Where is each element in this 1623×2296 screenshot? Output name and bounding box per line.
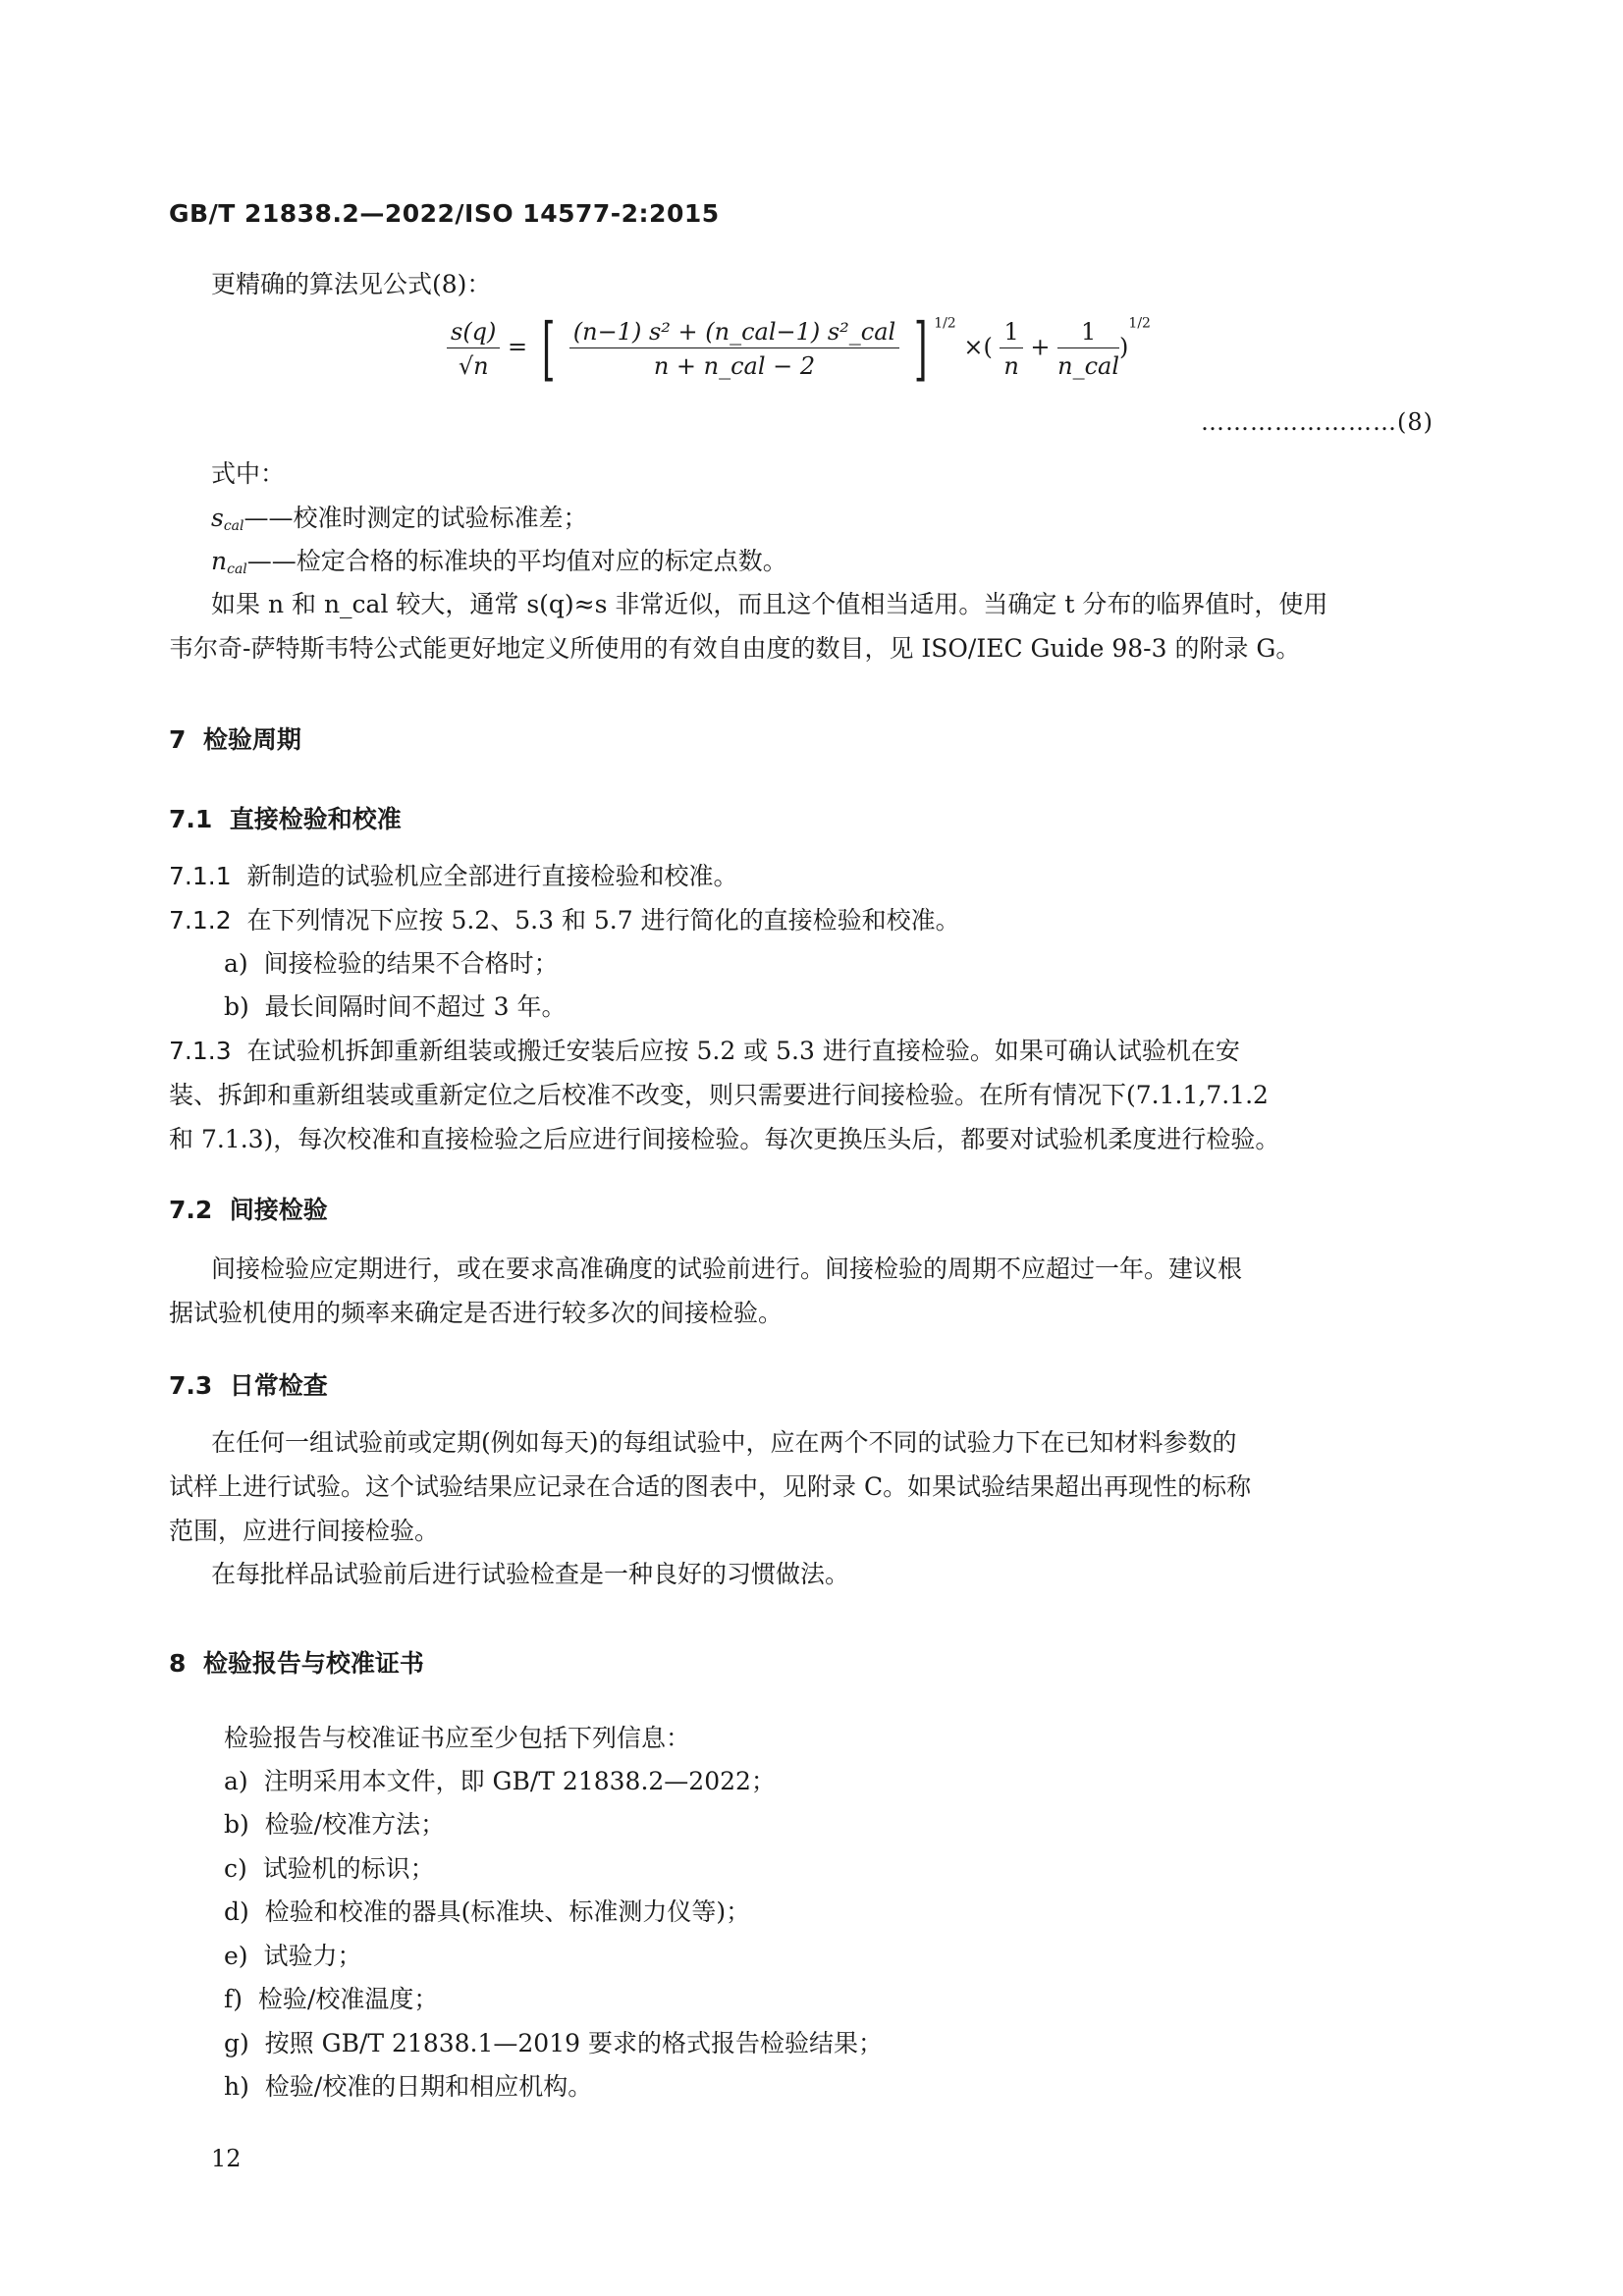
section-8-item-c: c) 试验机的标识； — [224, 1856, 435, 1881]
clause-7-1-1: 7.1.1 新制造的试验机应全部进行直接检验和校准。 — [169, 864, 738, 888]
section-8-heading: 8 检验报告与校准证书 — [169, 1644, 424, 1680]
frac-1-over-ncal: 1 n_cal — [1057, 318, 1119, 380]
section-7-2-line-1: 间接检验应定期进行，或在要求高准确度的试验前进行。间接检验的周期不应超过一年。建… — [211, 1256, 1242, 1281]
right-bracket: ] — [914, 314, 928, 383]
section-7-3-line-1: 在任何一组试验前或定期(例如每天)的每组试验中，应在两个不同的试验力下在已知材料… — [211, 1430, 1237, 1455]
section-8-item-b: b) 检验/校准方法； — [224, 1812, 445, 1837]
clause-7-1-3-line-1: 7.1.3 在试验机拆卸重新组装或搬迁安装后应按 5.2 或 5.3 进行直接检… — [169, 1039, 1240, 1063]
clause-7-1-3-line-3: 和 7.1.3)，每次校准和直接检验之后应进行间接检验。每次更换压头后，都要对试… — [169, 1127, 1279, 1151]
note-line-1: 如果 n 和 n_cal 较大，通常 s(q)≈s 非常近似，而且这个值相当适用… — [211, 592, 1327, 616]
clause-7-1-2: 7.1.2 在下列情况下应按 5.2、5.3 和 5.7 进行简化的直接检验和校… — [169, 908, 960, 933]
section-8-item-g: g) 按照 GB/T 21838.1—2019 要求的格式报告检验结果； — [224, 2031, 883, 2056]
page-number: 12 — [211, 2145, 242, 2172]
section-8-item-f: f) 检验/校准温度； — [224, 1987, 438, 2011]
where-label: 式中： — [211, 461, 285, 486]
section-7-2-heading: 7.2 间接检验 — [169, 1191, 328, 1226]
section-7-1-heading: 7.1 直接检验和校准 — [169, 800, 402, 835]
section-7-3-heading: 7.3 日常检查 — [169, 1366, 328, 1402]
section-8-lead: 检验报告与校准证书应至少包括下列信息： — [224, 1726, 690, 1750]
frac-1-over-n: 1 n — [1000, 318, 1022, 380]
left-bracket: [ — [542, 314, 556, 383]
clause-7-1-2-item-a: a) 间接检验的结果不合格时； — [224, 951, 559, 976]
lhs-fraction: s(q) √n — [447, 318, 500, 380]
section-8-item-e: e) 试验力； — [224, 1944, 361, 1968]
clause-7-1-3-line-2: 装、拆卸和重新组装或重新定位之后校准不改变，则只需要进行间接检验。在所有情况下(… — [169, 1083, 1269, 1107]
formula-intro: 更精确的算法见公式(8)： — [211, 272, 491, 296]
where-item-scal: scal——校准时测定的试验标准差； — [211, 506, 588, 533]
note-line-2: 韦尔奇-萨特斯韦特公式能更好地定义所使用的有效自由度的数目，见 ISO/IEC … — [169, 636, 1300, 661]
section-7-3-line-4: 在每批样品试验前后进行试验检查是一种良好的习惯做法。 — [211, 1562, 849, 1586]
section-8-item-h: h) 检验/校准的日期和相应机构。 — [224, 2074, 592, 2099]
formula-8: s(q) √n = [ (n−1) s² + (n_cal−1) s²_cal … — [447, 314, 1151, 393]
section-7-2-line-2: 据试验机使用的频率来确定是否进行较多次的间接检验。 — [169, 1301, 783, 1325]
equation-number: ……………………(8) — [1201, 408, 1434, 436]
section-7-heading: 7 检验周期 — [169, 721, 301, 756]
main-fraction: (n−1) s² + (n_cal−1) s²_cal n + n_cal − … — [569, 318, 899, 380]
standard-header: GB/T 21838.2—2022/ISO 14577-2:2015 — [169, 199, 720, 228]
clause-7-1-2-item-b: b) 最长间隔时间不超过 3 年。 — [224, 994, 566, 1019]
section-8-item-d: d) 检验和校准的器具(标准块、标准测力仪等)； — [224, 1899, 750, 1924]
section-7-3-line-2: 试样上进行试验。这个试验结果应记录在合适的图表中，见附录 C。如果试验结果超出再… — [169, 1474, 1251, 1499]
document-page: GB/T 21838.2—2022/ISO 14577-2:2015 更精确的算… — [0, 0, 1623, 2296]
section-7-3-line-3: 范围，应进行间接检验。 — [169, 1519, 439, 1543]
where-item-ncal: ncal——检定合格的标准块的平均值对应的标定点数。 — [211, 549, 787, 576]
section-8-item-a: a) 注明采用本文件，即 GB/T 21838.2—2022； — [224, 1769, 776, 1793]
